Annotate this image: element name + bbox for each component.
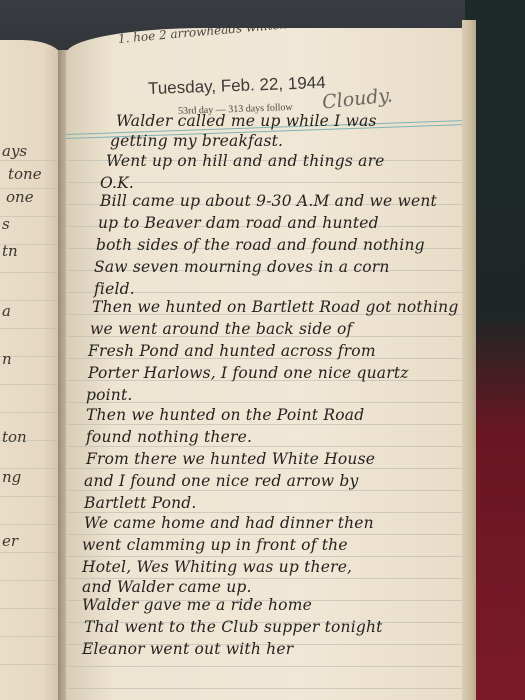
entry-line: and I found one nice red arrow by — [84, 472, 464, 490]
left-page-fragment: n — [2, 350, 12, 368]
left-page-fragment: a — [2, 302, 11, 320]
entry-line: and Walder came up. — [82, 578, 462, 596]
entry-line: getting my breakfast. — [110, 132, 466, 150]
entry-line: point. — [86, 386, 466, 404]
entry-line: went clamming up in front of the — [82, 536, 462, 554]
entry-line: Then we hunted on the Point Road — [86, 406, 466, 424]
left-page-fragment: ays — [2, 142, 27, 160]
left-page-fragment: ton — [2, 428, 27, 446]
page-stack-edge — [462, 20, 476, 700]
entry-line: Eleanor went out with her — [82, 640, 462, 658]
entry-line: Hotel, Wes Whiting was up there, — [82, 558, 462, 576]
ruled-line — [0, 664, 62, 665]
left-page-fragment: tone — [8, 165, 42, 183]
left-page-fragment: s — [2, 215, 10, 233]
entry-line: Bill came up about 9-30 A.M and we went — [100, 192, 466, 210]
ruled-line — [0, 272, 62, 273]
ruled-line — [0, 384, 62, 385]
entry-line: we went around the back side of — [90, 320, 466, 338]
entry-line: Then we hunted on Bartlett Road got noth… — [92, 298, 466, 316]
left-page: ays tone one s tn a n ton ng er — [0, 40, 62, 700]
entry-line: From there we hunted White House — [86, 450, 466, 468]
entry-line: Thal went to the Club supper tonight — [84, 618, 464, 636]
entry-line: up to Beaver dam road and hunted — [98, 214, 466, 232]
left-page-fragment: tn — [2, 242, 18, 260]
ruled-line — [0, 300, 62, 301]
entry-line: both sides of the road and found nothing — [96, 236, 466, 254]
ruled-line — [0, 160, 62, 161]
entry-line: O.K. — [100, 174, 466, 192]
ruled-line — [0, 608, 62, 609]
entry-line: Bartlett Pond. — [84, 494, 464, 512]
entry-line: Went up on hill and and things are — [106, 152, 466, 170]
entry-line: Saw seven mourning doves in a corn — [94, 258, 466, 276]
diary-page: 1. hoe 2 arrowheads whitehouse Manomet. … — [66, 28, 466, 700]
left-page-fragment: ng — [2, 468, 21, 486]
entry-line: Porter Harlows, I found one nice quartz — [88, 364, 466, 382]
left-page-fragment: one — [6, 188, 34, 206]
entry-line: field. — [94, 280, 466, 298]
ruled-line — [0, 636, 62, 637]
ruled-line — [0, 552, 62, 553]
ruled-line — [0, 328, 62, 329]
ruled-line — [0, 496, 62, 497]
left-page-fragment: er — [2, 532, 18, 550]
ruled-line — [0, 524, 62, 525]
entry-line: We came home and had dinner then — [84, 514, 464, 532]
entry-line: found nothing there. — [86, 428, 466, 446]
diary-entry: Walder called me up while I was getting … — [66, 28, 466, 700]
entry-line: Walder called me up while I was — [116, 112, 466, 130]
entry-line: Fresh Pond and hunted across from — [88, 342, 466, 360]
ruled-line — [0, 580, 62, 581]
entry-line: Walder gave me a ride home — [82, 596, 462, 614]
ruled-line — [0, 412, 62, 413]
